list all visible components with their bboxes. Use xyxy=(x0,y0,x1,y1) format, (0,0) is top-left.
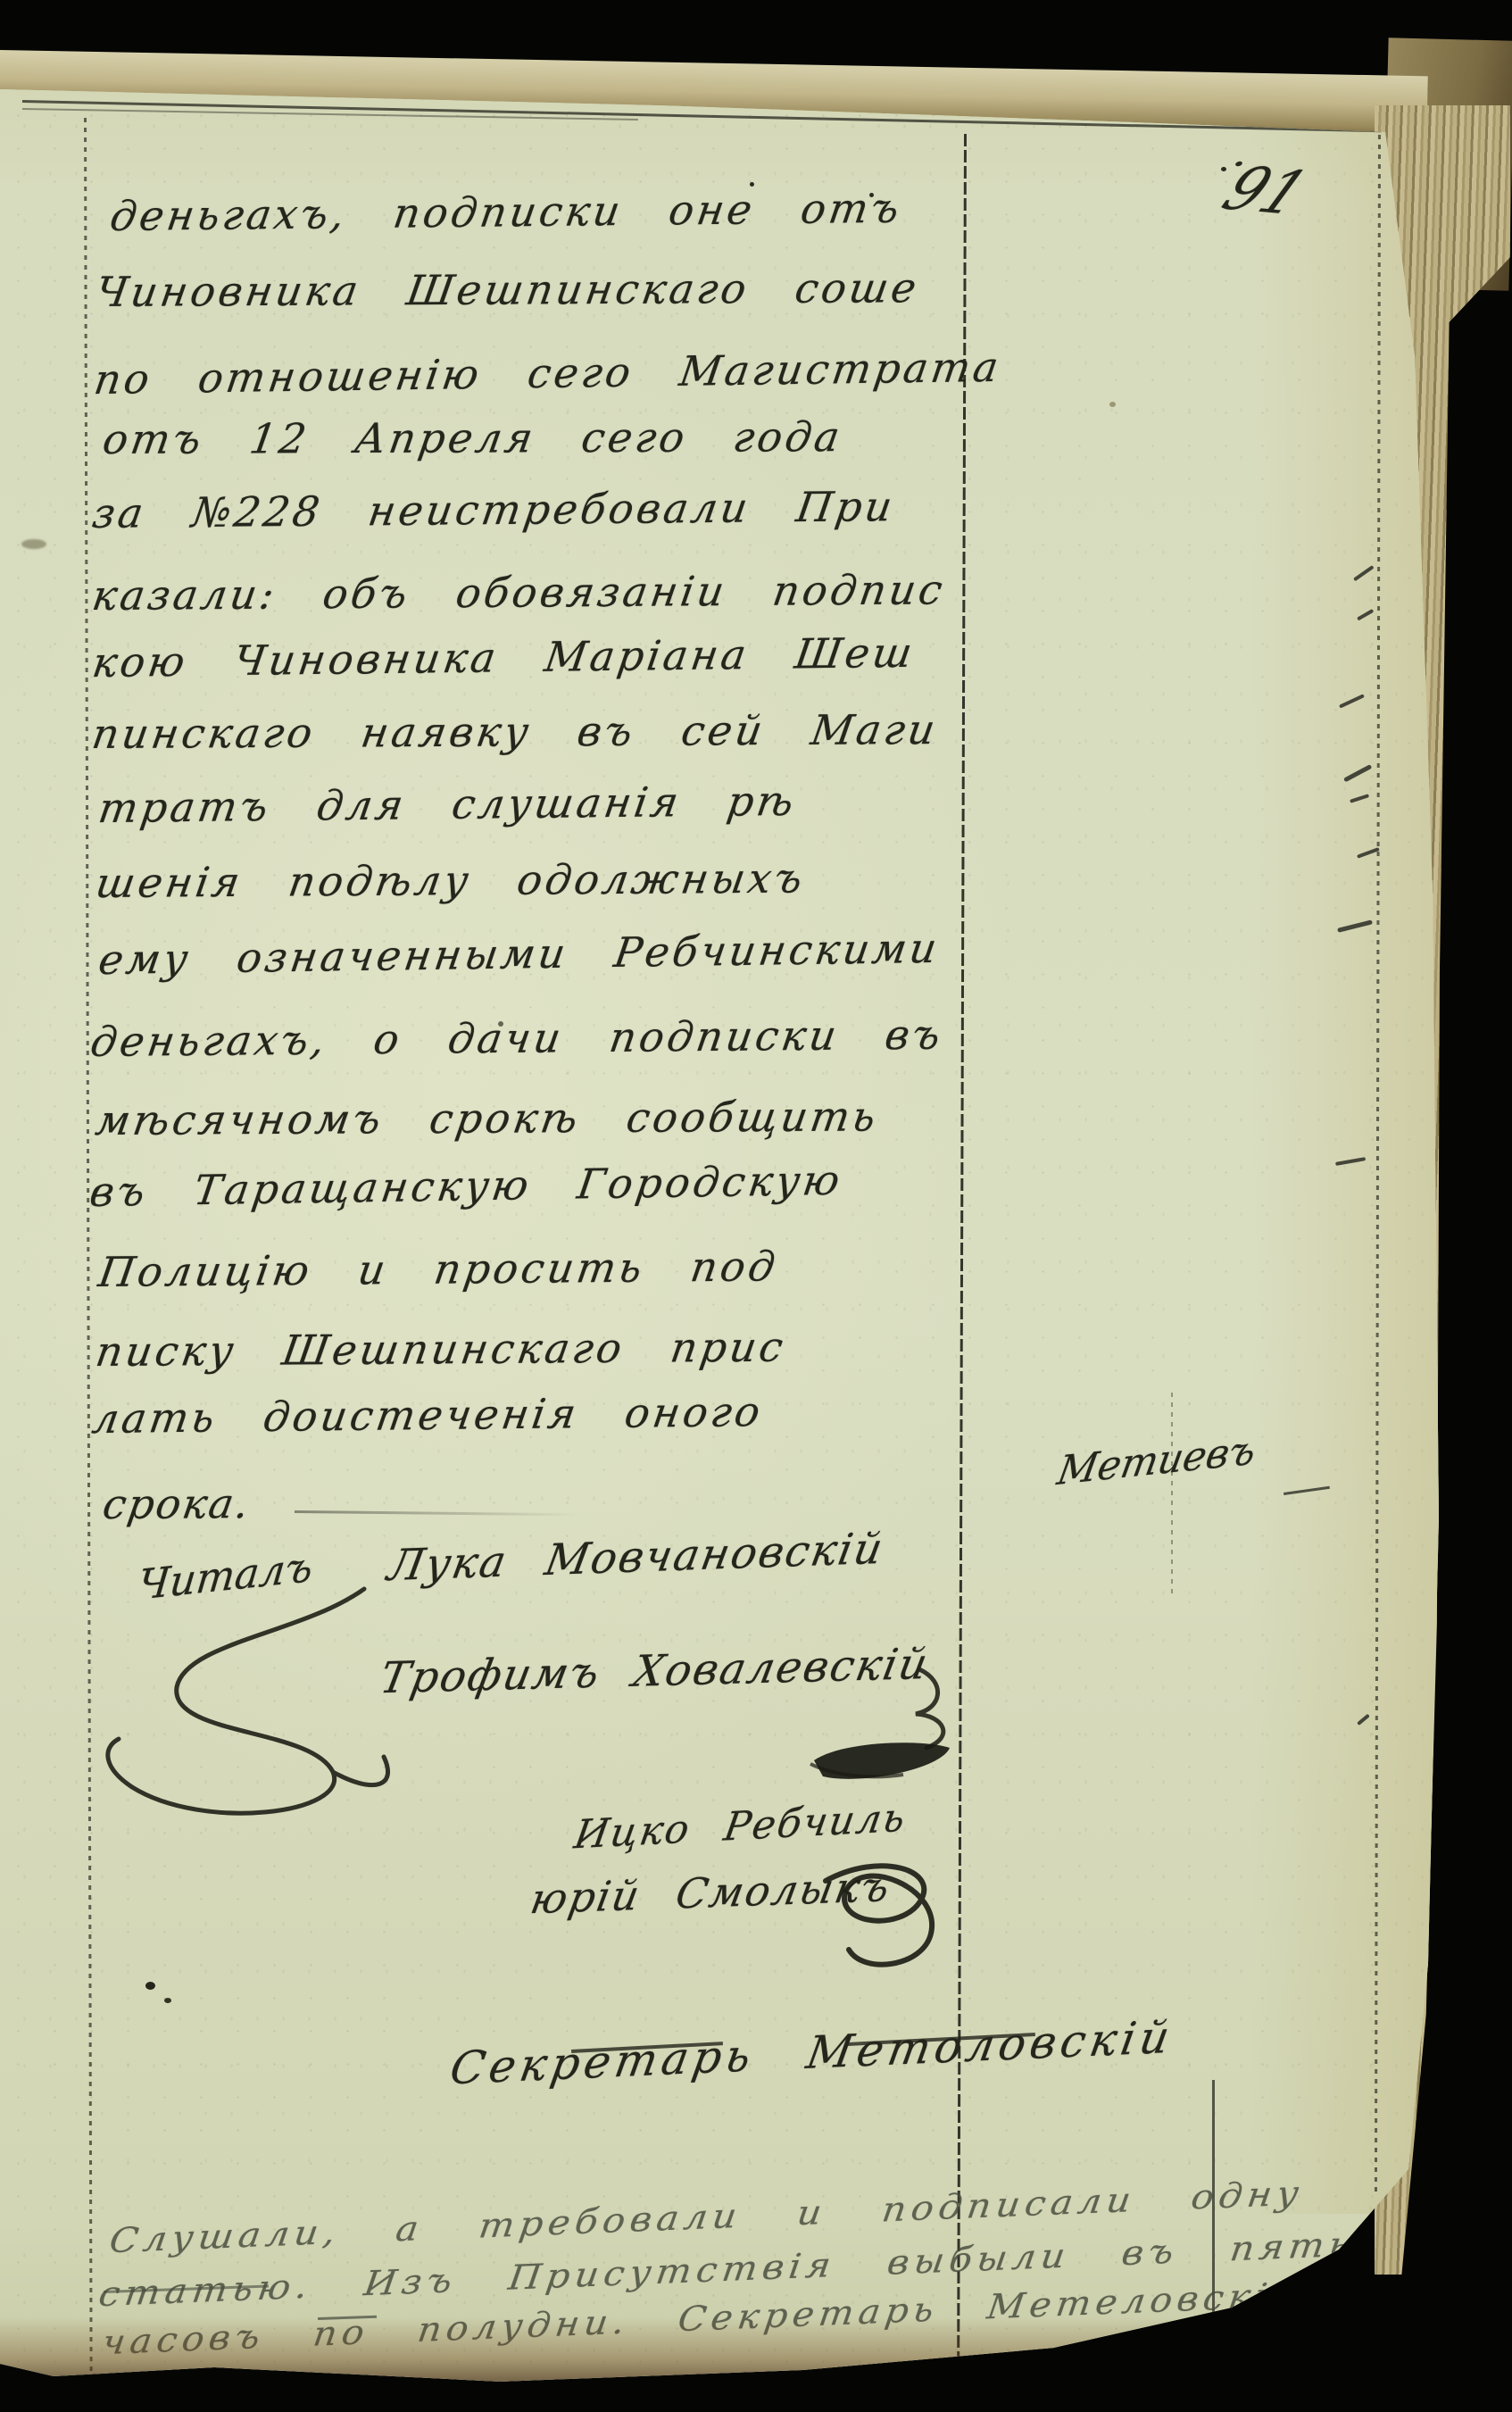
manuscript-line: деньгахъ, о дачи подписки въ xyxy=(87,1011,947,1066)
manuscript-line: по отношенію сего Магистрата xyxy=(91,343,1004,403)
manuscript-line: срока. xyxy=(100,1479,254,1528)
ink-fragment xyxy=(1357,609,1374,620)
ink-fragment xyxy=(1357,1714,1370,1726)
read-mark-paraph xyxy=(70,1571,427,1821)
fox-spot xyxy=(1109,402,1116,407)
manuscript-page: 91 деньгахъ, подписки оне отъ Чиновника … xyxy=(0,0,1512,2412)
signature-paraph xyxy=(808,1850,960,1984)
manuscript-line: тратъ для слушанія рѣ xyxy=(96,777,800,832)
ink-fragment xyxy=(1339,694,1365,708)
manuscript-line: въ Таращанскую Городскую xyxy=(87,1156,845,1216)
margin-note: Метиевъ xyxy=(1054,1427,1259,1494)
ink-speck xyxy=(869,193,874,197)
paper-aging-tint xyxy=(1250,116,1446,2214)
manuscript-line: пинскаго наявку въ сей Маги xyxy=(89,705,942,758)
manuscript-line: за №228 неистребовали При xyxy=(89,482,899,537)
manuscript-line: Полицію и просить под xyxy=(96,1242,781,1296)
ink-speck xyxy=(164,1998,171,2003)
signature: Лука Мовчановскій xyxy=(384,1524,888,1592)
manuscript-line: отъ 12 Апреля сего года xyxy=(100,412,846,463)
manuscript-line: Чиновника Шешпинскаго соше xyxy=(93,263,923,316)
manuscript-line: лать доистеченія оного xyxy=(89,1387,767,1443)
ink-fragment xyxy=(1343,764,1372,782)
manuscript-line: казали: объ обовязаніи подпис xyxy=(89,565,949,620)
signature: Трофимъ Ховалевскій xyxy=(377,1639,934,1703)
flourish-tail xyxy=(295,1510,580,1516)
ink-dot xyxy=(1221,167,1226,171)
fox-spot xyxy=(21,539,46,549)
ink-fragment xyxy=(1335,1157,1366,1166)
signature: Ицко Ребчиль xyxy=(571,1795,910,1859)
ink-speck xyxy=(498,1021,503,1027)
manuscript-line: ему означенными Ребчинскими xyxy=(96,924,943,984)
margin-rule-segment xyxy=(1171,1393,1173,1598)
ink-speck xyxy=(145,1982,155,1990)
ink-fragment xyxy=(1337,919,1373,933)
top-ruled-line-double xyxy=(22,108,638,121)
ink-blot xyxy=(805,1734,962,1785)
manuscript-line: кою Чиновника Маріана Шеш xyxy=(89,628,918,686)
ink-fragment xyxy=(1350,794,1369,803)
right-margin-rule xyxy=(1375,125,1381,2196)
margin-note-tail xyxy=(1284,1486,1330,1495)
secretary-signature: Секретарь Метоловскій xyxy=(446,2011,1177,2095)
photo-backdrop: 91 деньгахъ, подписки оне отъ Чиновника … xyxy=(0,0,1512,2412)
manuscript-line: мѣсячномъ срокѣ сообщить xyxy=(93,1092,882,1144)
manuscript-line: шенія подѣлу одолжныхъ xyxy=(93,853,809,907)
folio-number: 91 xyxy=(1211,154,1319,229)
left-margin-rule xyxy=(84,118,92,2392)
manuscript-line: писку Шешпинскаго прис xyxy=(93,1323,789,1376)
ink-speck xyxy=(750,182,754,187)
ink-fragment xyxy=(1353,565,1375,581)
manuscript-line: деньгахъ, подписки оне отъ xyxy=(107,184,905,240)
